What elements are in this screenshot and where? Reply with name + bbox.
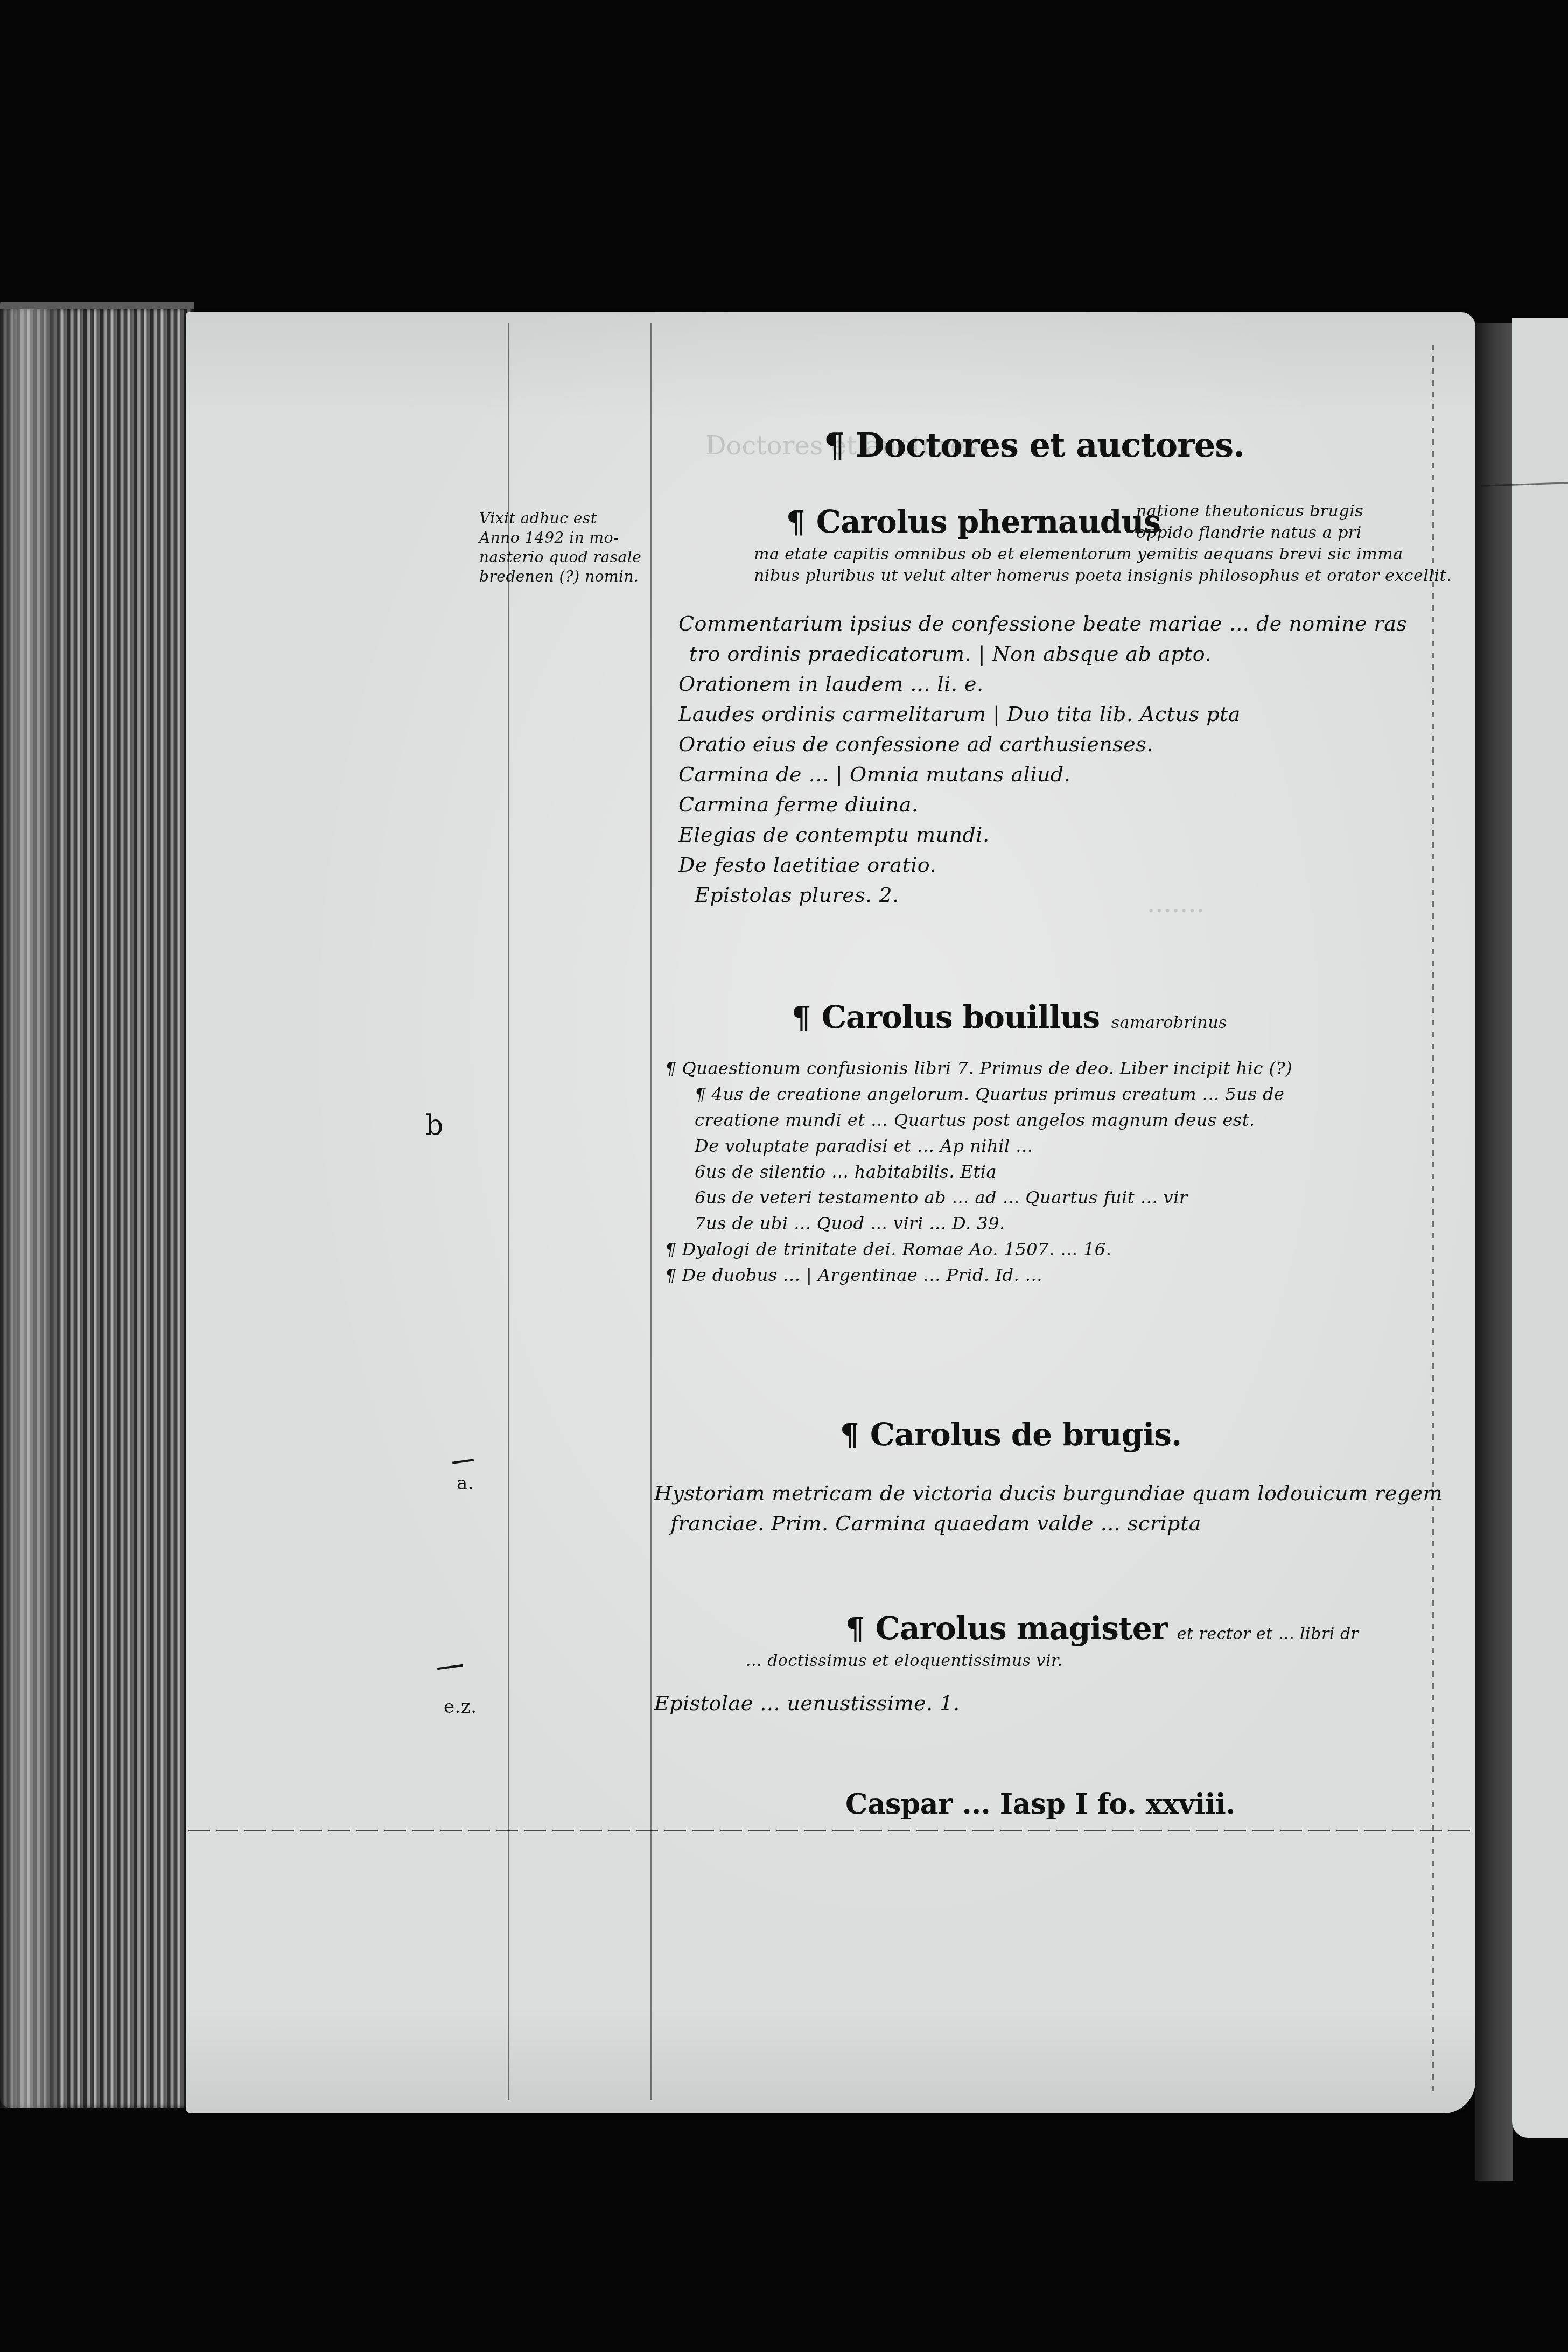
- margin-letter-ez: e.z.: [444, 1696, 477, 1718]
- work-item: Commentarium ipsius de confessione beate…: [678, 608, 1407, 639]
- gloss-line: ma etate capitis omnibus ob et elementor…: [754, 544, 1452, 565]
- margin-note-line: Vixit adhuc est: [479, 509, 641, 528]
- entry-gloss: et rector et ... libri dr: [1177, 1625, 1359, 1643]
- facing-page-edge: [1512, 318, 1568, 2138]
- pilcrow-icon: ¶: [786, 505, 806, 540]
- entry-carolus-magister: ¶ Carolus magister et rector et ... libr…: [845, 1610, 1359, 1647]
- entry-works-list: ¶ Quaestionum confusionis libri 7. Primu…: [665, 1055, 1292, 1288]
- work-item: ¶ Dyalogi de trinitate dei. Romae Ao. 15…: [665, 1236, 1292, 1262]
- margin-letter-b: b: [425, 1109, 444, 1142]
- pilcrow-icon: ¶: [792, 1000, 811, 1035]
- entry-gloss-continued: ma etate capitis omnibus ob et elementor…: [754, 544, 1452, 587]
- margin-letter-a: a.: [457, 1473, 474, 1494]
- work-item: Epistolae ... uenustissime. 1.: [654, 1688, 960, 1718]
- margin-note-line: nasterio quod rasale: [479, 548, 641, 567]
- entry-name: Carolus phernaudus: [816, 503, 1161, 540]
- entry-carolus-bouillus: ¶ Carolus bouillus samarobrinus: [792, 999, 1227, 1035]
- page-heading: ¶ Doctores et auctores.: [824, 425, 1244, 465]
- entry-gloss: natione theutonicus brugis oppido flandr…: [1136, 501, 1363, 544]
- entry-epithet: samarobrinus: [1111, 1013, 1227, 1032]
- ruling-line-text-left: [650, 323, 652, 2100]
- work-item: 7us de ubi ... Quod ... viri ... D. 39.: [665, 1210, 1292, 1236]
- entry-name: Carolus magister: [876, 1610, 1167, 1647]
- work-item: ¶ 4us de creatione angelorum. Quartus pr…: [665, 1081, 1292, 1107]
- entry-works-list: Hystoriam metricam de victoria ducis bur…: [654, 1478, 1443, 1538]
- entry-carolus-phernaudus: ¶ Carolus phernaudus: [786, 503, 1160, 540]
- work-item: tro ordinis praedicatorum. | Non absque …: [678, 639, 1407, 669]
- work-item: Elegias de contemptu mundi.: [678, 820, 1407, 850]
- work-item: Carmina ferme diuina.: [678, 789, 1407, 820]
- work-item: Orationem in laudem ... li. e.: [678, 669, 1407, 699]
- book-fore-edge-shading: [0, 309, 59, 2108]
- entry-works-list: Epistolae ... uenustissime. 1.: [654, 1688, 960, 1718]
- ruling-line-margin-left: [508, 323, 509, 2100]
- gloss-line: nibus pluribus ut velut alter homerus po…: [754, 565, 1452, 587]
- margin-note-top: Vixit adhuc est Anno 1492 in mo- nasteri…: [479, 509, 641, 586]
- gloss-line: natione theutonicus brugis: [1136, 501, 1363, 522]
- entry-works-list: Commentarium ipsius de confessione beate…: [678, 608, 1407, 910]
- entry-carolus-de-brugis: ¶ Carolus de brugis.: [840, 1416, 1181, 1453]
- pilcrow-icon: ¶: [840, 1417, 859, 1453]
- work-item: Hystoriam metricam de victoria ducis bur…: [654, 1478, 1443, 1508]
- entry-name: Carolus bouillus: [822, 999, 1100, 1035]
- entry-gloss-continued: ... doctissimus et eloquentissimus vir.: [746, 1650, 1063, 1672]
- page-footer-catchword: Caspar ... Iasp I fo. xxviii.: [845, 1788, 1235, 1821]
- work-item: Oratio eius de confessione ad carthusien…: [678, 729, 1407, 759]
- margin-note-line: Anno 1492 in mo-: [479, 528, 641, 548]
- margin-note-line: bredenen (?) nomin.: [479, 567, 641, 586]
- work-item: franciae. Prim. Carmina quaedam valde ..…: [654, 1508, 1443, 1538]
- work-item: Laudes ordinis carmelitarum | Duo tita l…: [678, 699, 1407, 729]
- work-item: Carmina de ... | Omnia mutans aliud.: [678, 759, 1407, 789]
- book-page-stack-edge: [0, 302, 194, 2108]
- pilcrow-icon: ¶: [845, 1611, 865, 1647]
- entry-name: Carolus de brugis.: [870, 1416, 1181, 1453]
- work-item: ¶ Quaestionum confusionis libri 7. Primu…: [665, 1055, 1292, 1081]
- ruling-line-bottom: [188, 1830, 1475, 1831]
- work-item: 6us de veteri testamento ab ... ad ... Q…: [665, 1185, 1292, 1210]
- work-item: De festo laetitiae oratio.: [678, 850, 1407, 880]
- work-item: ¶ De duobus ... | Argentinae ... Prid. I…: [665, 1262, 1292, 1288]
- work-item: creatione mundi et ... Quartus post ange…: [665, 1107, 1292, 1133]
- work-item: De voluptate paradisi et ... Ap nihil ..…: [665, 1133, 1292, 1159]
- book-gutter-shadow: [1475, 323, 1513, 2181]
- gloss-line: oppido flandrie natus a pri: [1136, 522, 1363, 544]
- work-item: Epistolas plures. 2.: [678, 880, 1407, 910]
- work-item: 6us de silentio ... habitabilis. Etia: [665, 1159, 1292, 1185]
- ruling-line-text-right: [1432, 345, 1434, 2095]
